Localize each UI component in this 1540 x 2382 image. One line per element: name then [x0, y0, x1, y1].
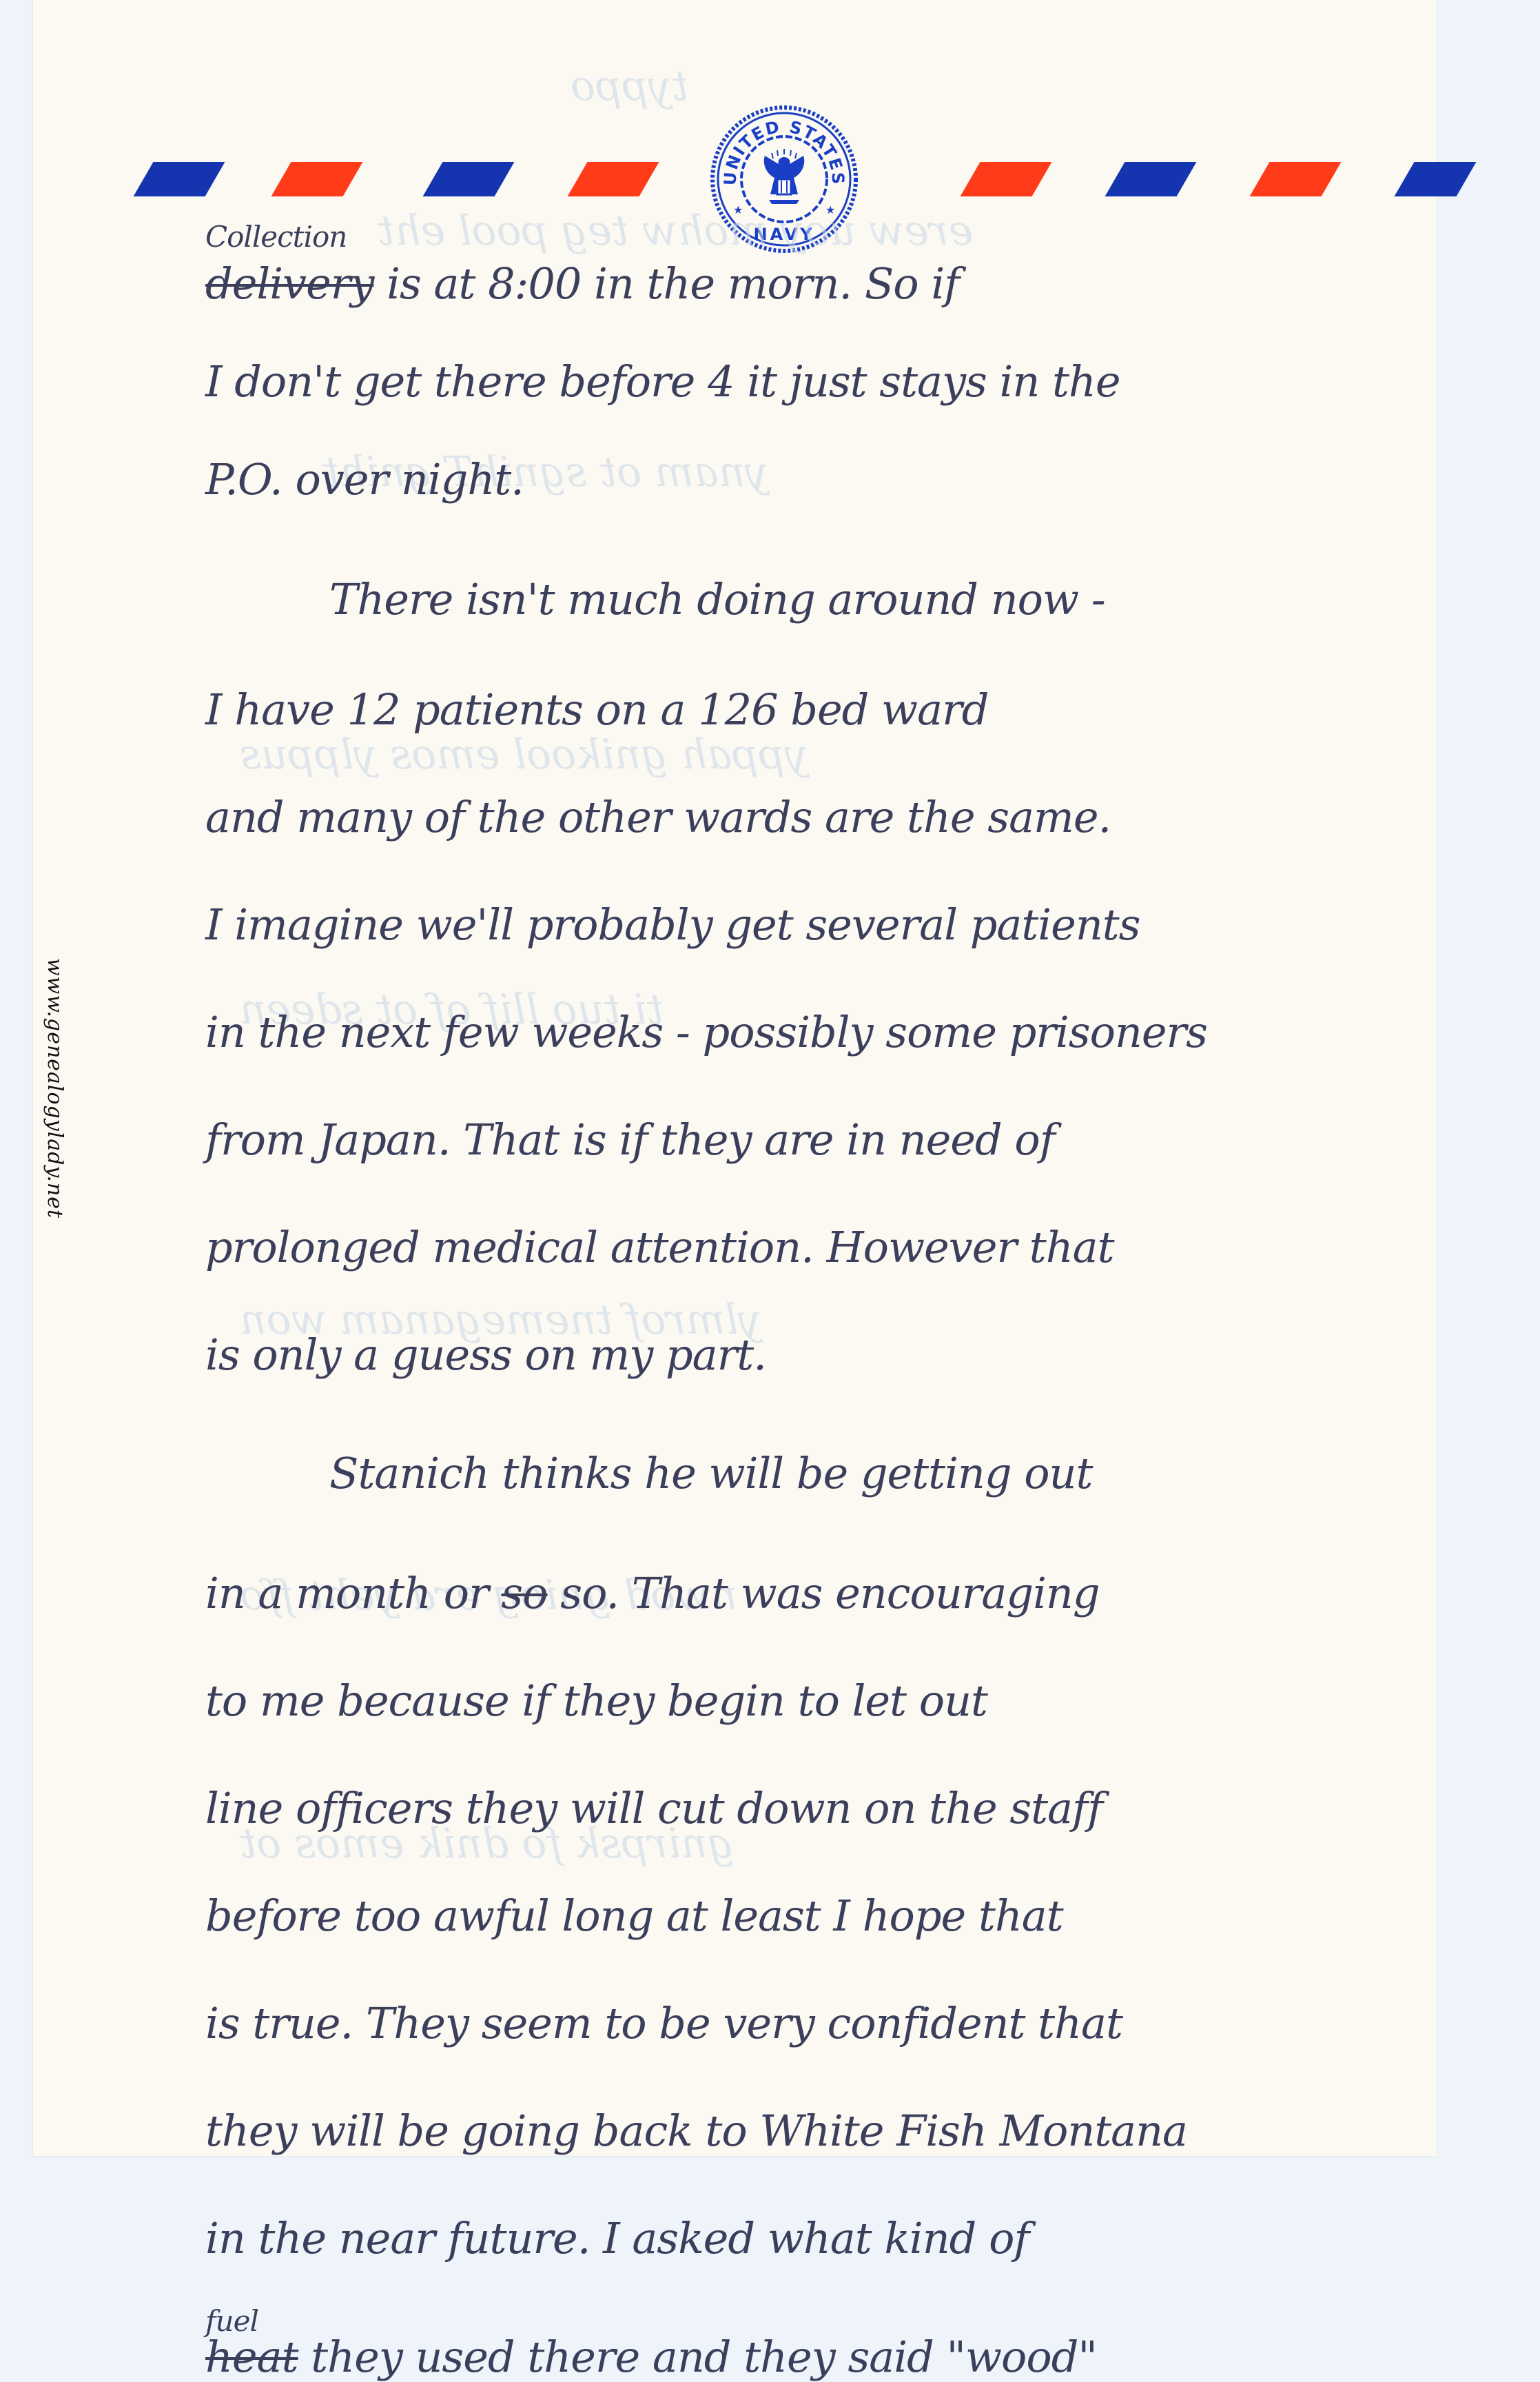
line-text: they will be going back to White Fish Mo… — [205, 2106, 1187, 2156]
letter-line: is true. They seem to be very confident … — [205, 2002, 1501, 2046]
line-text: P.O. over night. — [205, 454, 524, 505]
letter-line: P.O. over night. — [205, 458, 1501, 502]
blue-stripe — [423, 162, 515, 196]
line-text: is at 8:00 in the morn. So if — [373, 258, 959, 309]
blue-stripe — [1395, 162, 1477, 196]
line-text: I have 12 patients on a 126 bed ward — [205, 684, 988, 735]
line-text: before too awful long at least I hope th… — [205, 1891, 1063, 1941]
red-stripe — [1250, 162, 1342, 196]
ink-bleed-through: typpo — [571, 62, 688, 110]
letter-line: Stanich thinks he will be getting out — [205, 1452, 1501, 1496]
letter-line: I have 12 patients on a 126 bed ward — [205, 688, 1501, 732]
line-text: in a month or — [205, 1568, 501, 1618]
letter-line: from Japan. That is if they are in need … — [205, 1118, 1501, 1162]
letter-line: There isn't much doing around now - — [205, 578, 1501, 622]
letter-body: Collection delivery is at 8:00 in the mo… — [205, 221, 1501, 2188]
svg-text:★: ★ — [733, 205, 743, 216]
red-stripe — [961, 162, 1052, 196]
line-text: from Japan. That is if they are in need … — [205, 1114, 1055, 1165]
blue-stripe — [134, 162, 225, 196]
letter-line: prolonged medical attention. However tha… — [205, 1225, 1501, 1270]
letter-line: line officers they will cut down on the … — [205, 1787, 1501, 1831]
svg-text:★: ★ — [825, 205, 835, 216]
line-text: I don't get there before 4 it just stays… — [205, 356, 1120, 407]
letter-line: before too awful long at least I hope th… — [205, 1894, 1501, 1938]
line-text: and many of the other wards are the same… — [205, 792, 1111, 842]
letter-line: in a month or so so. That was encouragin… — [205, 1571, 1501, 1616]
watermark-url: www.genealogylady.net — [43, 958, 67, 1219]
letter-line: Collection delivery is at 8:00 in the mo… — [205, 262, 1501, 306]
line-text: Stanich thinks he will be getting out — [329, 1448, 1092, 1498]
line-text: is true. They seem to be very confident … — [205, 1998, 1122, 2048]
letter-line: is only a guess on my part. — [205, 1333, 1501, 1377]
letter-line: and many of the other wards are the same… — [205, 795, 1501, 839]
inserted-word: Collection — [205, 215, 347, 259]
line-text: line officers they will cut down on the … — [205, 1783, 1102, 1833]
letter-line: I imagine we'll probably get several pat… — [205, 903, 1501, 947]
letter-line: in the next few weeks - possibly some pr… — [205, 1010, 1501, 1055]
letter-page: UNITED STATES NAVY ★ ★ typpo erew uoy mo… — [33, 0, 1437, 2156]
red-stripe — [568, 162, 659, 196]
line-text: in the next few weeks - possibly some pr… — [205, 1007, 1207, 1057]
struck-word: delivery — [205, 258, 373, 309]
red-stripe — [271, 162, 363, 196]
line-text: There isn't much doing around now - — [329, 574, 1105, 624]
letter-line: to me because if they begin to let out — [205, 1679, 1501, 1723]
line-text: prolonged medical attention. However tha… — [205, 1222, 1114, 1272]
struck-word: so — [501, 1568, 547, 1618]
line-text: so. That was encouraging — [548, 1568, 1100, 1618]
letter-line: they will be going back to White Fish Mo… — [205, 2109, 1501, 2153]
line-text: I imagine we'll probably get several pat… — [205, 899, 1140, 950]
blue-stripe — [1105, 162, 1197, 196]
letter-line: I don't get there before 4 it just stays… — [205, 360, 1501, 404]
line-text: to me because if they begin to let out — [205, 1676, 987, 1726]
line-text: is only a guess on my part. — [205, 1330, 766, 1380]
